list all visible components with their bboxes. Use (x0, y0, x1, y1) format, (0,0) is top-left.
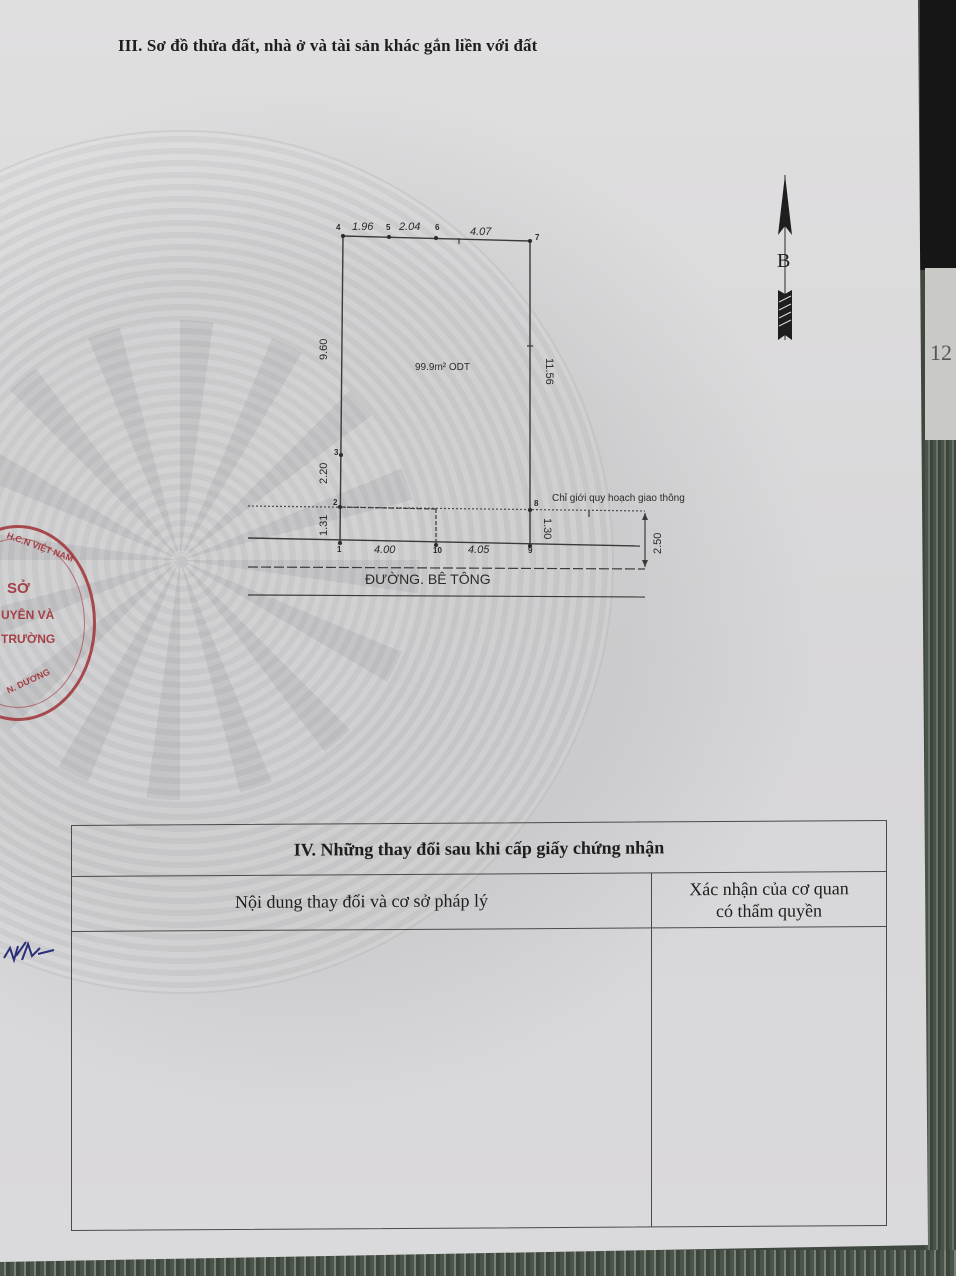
stamp-text: TRƯỜNG (1, 632, 55, 646)
edge-length: 1.31 (318, 515, 330, 536)
point-label: 1 (337, 545, 342, 554)
margin-handwritten-note: 12 (930, 340, 952, 366)
parcel-area-label: 99.9m² ODT (415, 362, 470, 373)
column-header-authority-confirmation: Xác nhận của cơ quan có thẩm quyền (651, 871, 886, 927)
edge-length: 2.20 (318, 463, 330, 484)
header-line: có thẩm quyền (689, 899, 848, 922)
edge-length: 1.30 (541, 518, 553, 539)
point-label: 6 (435, 223, 440, 232)
point-label: 3 (334, 448, 339, 457)
edge-length: 2.04 (398, 221, 420, 233)
edge-length: 4.05 (468, 544, 490, 556)
changes-table: IV. Những thay đổi sau khi cấp giấy chứn… (71, 820, 887, 1231)
stamp-text: SỞ (7, 580, 30, 597)
edge-length: 1.96 (352, 221, 374, 233)
point-label: 8 (534, 499, 539, 508)
road-width-label: 2.50 (652, 533, 664, 554)
point-label: 5 (386, 223, 391, 232)
land-plot-diagram: 4 5 6 7 3 2 8 1 10 9 1.96 2.04 4.07 4.00… (0, 0, 936, 800)
edge-length: 11.56 (543, 358, 555, 385)
background-dark-surface (920, 0, 956, 270)
edge-length: 9.60 (318, 339, 330, 360)
north-arrow-icon: B (760, 160, 820, 350)
edge-length: 4.00 (374, 544, 396, 556)
planning-line-label: Chỉ giới quy hoạch giao thông (552, 492, 685, 504)
point-label: 9 (528, 546, 533, 555)
column-header-change-content: Nội dung thay đổi và cơ sở pháp lý (72, 872, 651, 931)
north-label: B (777, 250, 790, 272)
stamp-text: UYÊN VÀ (1, 608, 54, 622)
background-fabric (925, 440, 956, 1276)
point-label: 7 (535, 233, 540, 242)
changes-table-title: IV. Những thay đổi sau khi cấp giấy chứn… (72, 821, 886, 877)
point-label: 10 (433, 546, 442, 555)
change-content-cell (72, 928, 651, 1230)
authority-confirmation-cell (651, 927, 886, 1226)
handwritten-signature (2, 930, 62, 980)
point-label: 4 (336, 223, 341, 232)
road-name-label: ĐƯỜNG. BÊ TÔNG (365, 571, 491, 587)
header-line: Xác nhận của cơ quan (689, 877, 848, 900)
edge-length: 4.07 (470, 226, 492, 238)
point-label: 2 (333, 498, 338, 507)
certificate-page: III. Sơ đồ thửa đất, nhà ở và tài sản kh… (0, 0, 936, 1262)
